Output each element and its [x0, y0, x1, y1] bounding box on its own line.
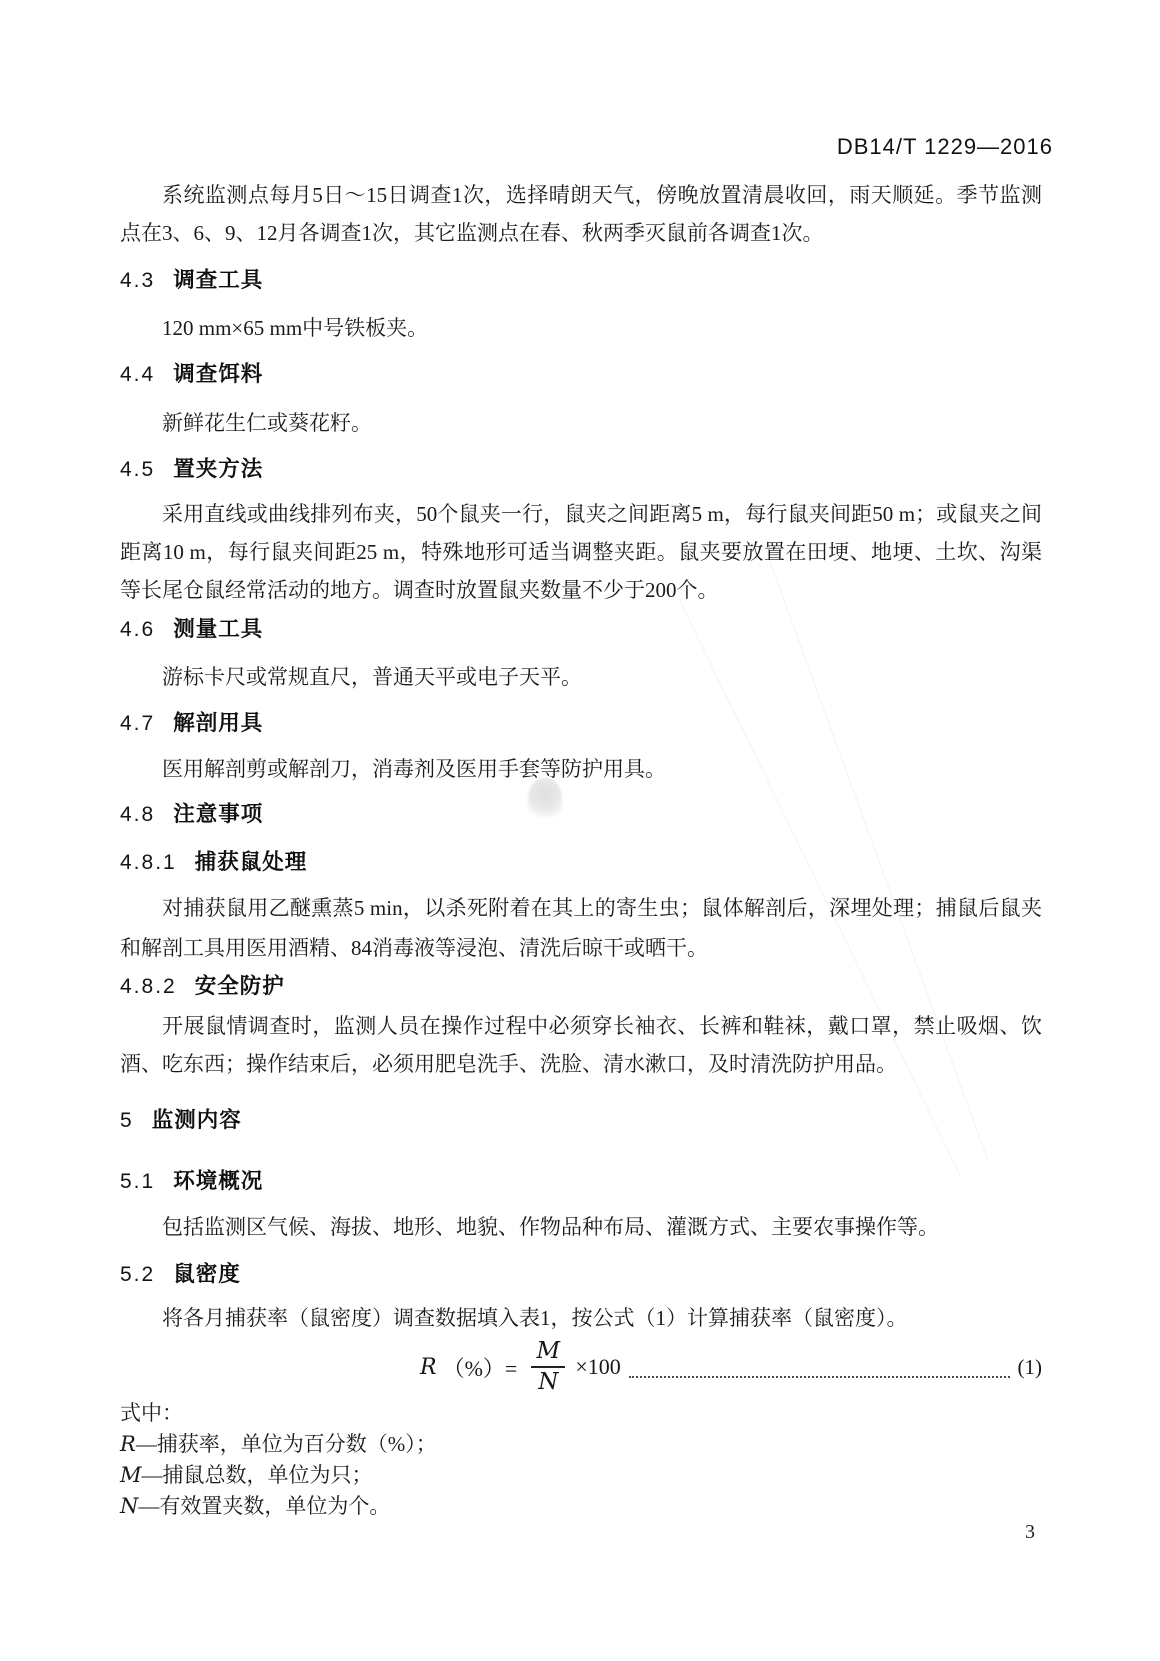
section-title: 调查饵料 [173, 357, 263, 388]
section-title: 测量工具 [173, 612, 263, 643]
section-title: 解剖用具 [173, 706, 263, 737]
section-title: 环境概况 [173, 1164, 263, 1195]
section-heading-4-3: 4.3 调查工具 [120, 263, 1042, 294]
section-title: 监测内容 [152, 1103, 242, 1134]
paragraph-4-8-2: 开展鼠情调查时，监测人员在操作过程中必须穿长袖衣、长裤和鞋袜，戴口罩，禁止吸烟、… [120, 1007, 1042, 1083]
definition-line-R: R—捕获率，单位为百分数（%）； [120, 1428, 1042, 1458]
section-number: 5 [120, 1109, 134, 1133]
section-heading-4-5: 4.5 置夹方法 [120, 452, 1042, 483]
section-title: 安全防护 [195, 969, 285, 1000]
paragraph-intro: 系统监测点每月5日～15日调查1次，选择晴朗天气，傍晚放置清晨收回，雨天顺延。季… [120, 176, 1042, 252]
formula-multiplier: ×100 [575, 1354, 620, 1380]
formula-symbol-R: R [420, 1355, 437, 1380]
section-heading-4-6: 4.6 测量工具 [120, 612, 1042, 643]
section-number: 4.3 [120, 269, 155, 293]
document-page: DB14/T 1229—2016 系统监测点每月5日～15日调查1次，选择晴朗天… [0, 0, 1160, 1661]
section-number: 4.8.2 [120, 975, 177, 999]
page-number: 3 [1025, 1521, 1035, 1544]
section-title: 注意事项 [173, 797, 263, 828]
section-number: 4.8.1 [120, 851, 177, 875]
formula-numerator: M [537, 1339, 561, 1364]
section-heading-4-7: 4.7 解剖用具 [120, 706, 1042, 737]
section-number: 5.2 [120, 1263, 155, 1287]
section-title: 捕获鼠处理 [195, 845, 308, 876]
fraction-bar [531, 1366, 565, 1368]
section-number: 4.5 [120, 458, 155, 482]
formula-percent-equals: （%）= [443, 1352, 518, 1383]
where-label: 式中： [120, 1397, 1042, 1427]
section-heading-4-8-2: 4.8.2 安全防护 [120, 969, 1042, 1000]
paragraph-4-4: 新鲜花生仁或葵花籽。 [120, 404, 1042, 442]
section-number: 4.7 [120, 712, 155, 736]
paragraph-4-5: 采用直线或曲线排列布夹，50个鼠夹一行，鼠夹之间距离5 m，每行鼠夹间距50 m… [120, 495, 1042, 609]
section-heading-5-1: 5.1 环境概况 [120, 1164, 1042, 1195]
section-heading-4-8: 4.8 注意事项 [120, 797, 1042, 828]
paragraph-5-1: 包括监测区气候、海拔、地形、地貌、作物品种布局、灌溉方式、主要农事操作等。 [120, 1208, 1042, 1246]
definition-symbol: M [120, 1463, 142, 1487]
formula-capture-rate: R （%）= M N ×100 (1) [120, 1330, 1042, 1404]
section-title: 置夹方法 [173, 452, 263, 483]
paragraph-4-6: 游标卡尺或常规直尺，普通天平或电子天平。 [120, 658, 1042, 696]
definition-line-N: N—有效置夹数，单位为个。 [120, 1490, 1042, 1520]
definition-text: —捕鼠总数，单位为只； [142, 1463, 373, 1487]
paragraph-4-8-1: 对捕获鼠用乙醚熏蒸5 min，以杀死附着在其上的寄生虫；鼠体解剖后，深埋处理；捕… [120, 888, 1042, 968]
section-heading-4-8-1: 4.8.1 捕获鼠处理 [120, 845, 1042, 876]
definition-symbol: N [120, 1494, 138, 1518]
section-heading-4-4: 4.4 调查饵料 [120, 357, 1042, 388]
formula-fraction: M N [531, 1339, 565, 1395]
definition-symbol: R [120, 1432, 136, 1456]
paragraph-4-3: 120 mm×65 mm中号铁板夹。 [120, 309, 1042, 347]
section-heading-5: 5 监测内容 [120, 1103, 1042, 1134]
section-number: 4.6 [120, 618, 155, 642]
dotted-leader [629, 1375, 1010, 1378]
formula-denominator: N [538, 1370, 558, 1395]
section-title: 鼠密度 [173, 1257, 241, 1288]
paragraph-4-7: 医用解剖剪或解剖刀，消毒剂及医用手套等防护用具。 [120, 750, 1042, 788]
section-number: 5.1 [120, 1170, 155, 1194]
definition-line-M: M—捕鼠总数，单位为只； [120, 1459, 1042, 1489]
section-number: 4.4 [120, 363, 155, 387]
section-heading-5-2: 5.2 鼠密度 [120, 1257, 1042, 1288]
header-standard-code: DB14/T 1229—2016 [837, 134, 1053, 160]
definition-text: —有效置夹数，单位为个。 [138, 1494, 390, 1518]
equation-number: (1) [1018, 1355, 1043, 1380]
definition-text: —捕获率，单位为百分数（%）； [136, 1432, 437, 1456]
section-number: 4.8 [120, 803, 155, 827]
section-title: 调查工具 [173, 263, 263, 294]
